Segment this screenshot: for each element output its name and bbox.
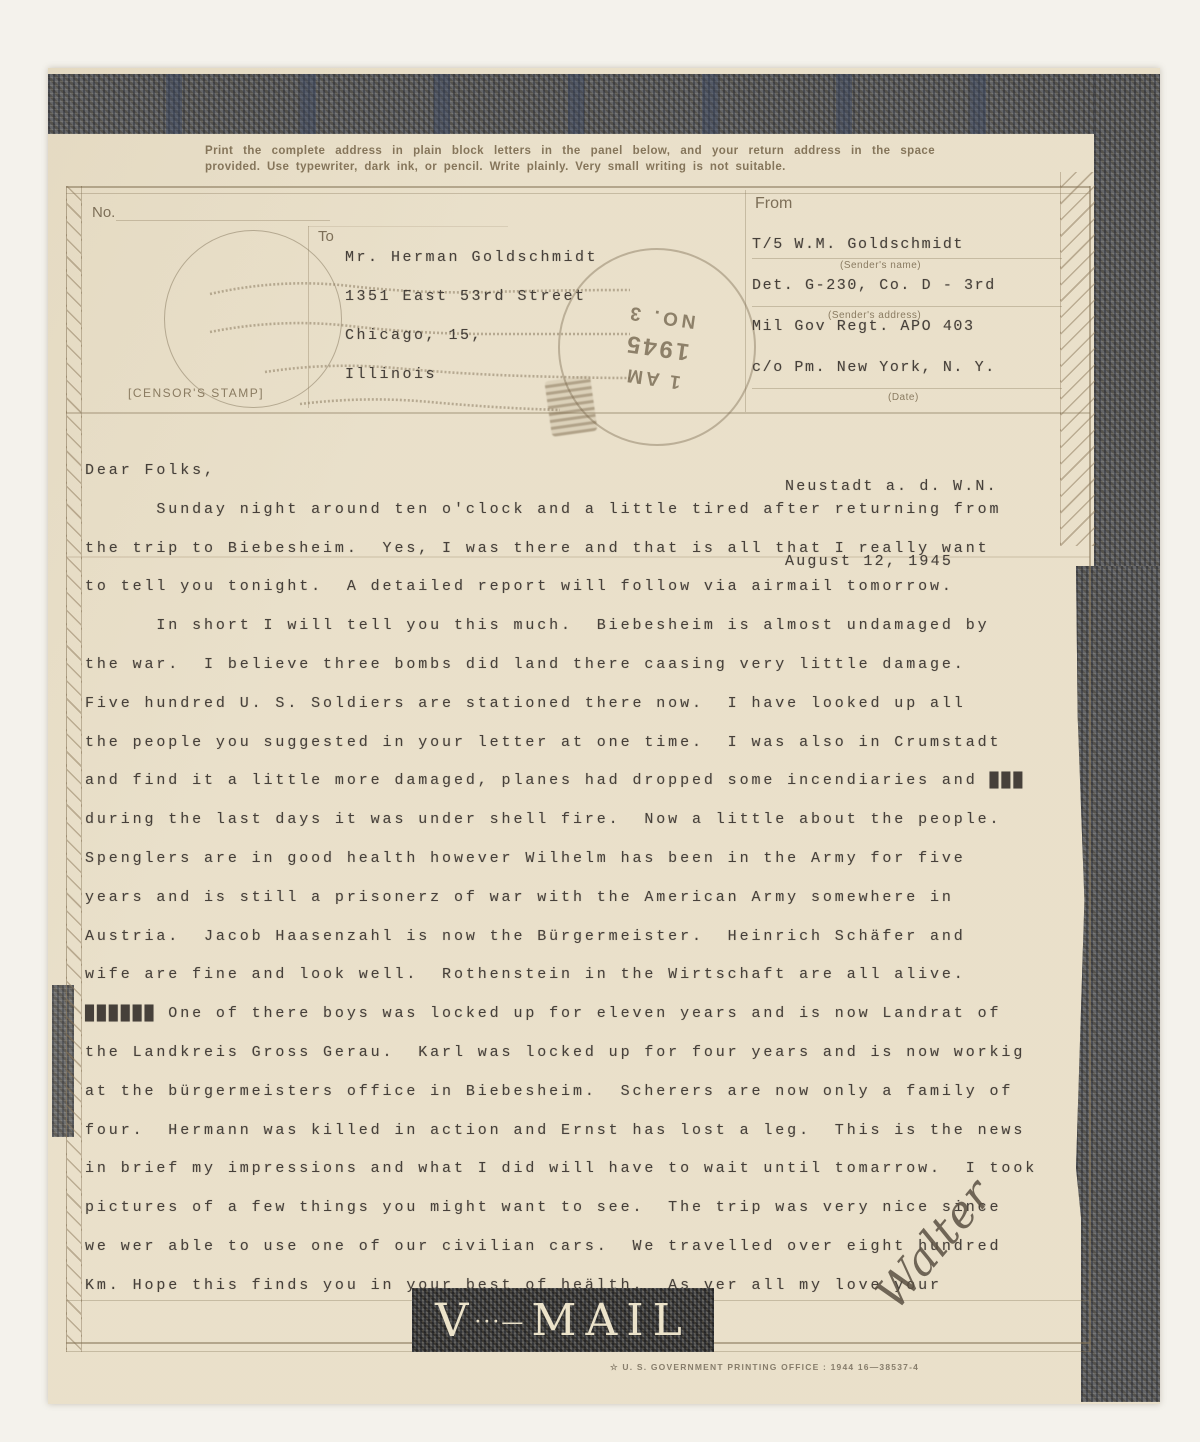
letter-line: Sunday night around ten o'clock and a li…	[85, 491, 1075, 530]
vmail-logo-morse-code: ···—	[474, 1310, 525, 1335]
postmark-text: 1 AM 1945 NO. 3	[617, 301, 698, 394]
letter-line: the Landkreis Gross Gerau. Karl was lock…	[85, 1034, 1075, 1073]
letter-line: at the bürgermeisters office in Biebeshe…	[85, 1073, 1075, 1112]
sender-name-underline	[752, 258, 1062, 259]
letter-line: wife are fine and look well. Rothenstein…	[85, 956, 1075, 995]
date-underline	[752, 388, 1062, 389]
letter-line: the war. I believe three bombs did land …	[85, 646, 1075, 685]
frame-line	[66, 186, 1090, 188]
to-address-block: Mr. Herman Goldschmidt1351 East 53rd Str…	[345, 238, 598, 394]
from-address-line: Det. G-230, Co. D - 3rd	[752, 265, 996, 306]
no-label: No.	[92, 204, 115, 221]
from-label: From	[755, 195, 792, 213]
letter-line: Dear Folks,	[85, 452, 1075, 491]
sender-name-label: (Sender's name)	[840, 260, 921, 271]
letter-line: the people you suggested in your letter …	[85, 724, 1075, 763]
to-address-line: Illinois	[345, 355, 598, 394]
vmail-logo-mail: MAIL	[531, 1295, 690, 1346]
to-panel-line	[308, 226, 508, 227]
left-hatch-border	[66, 186, 82, 1352]
to-label: To	[318, 228, 334, 245]
from-address-line: c/o Pm. New York, N. Y.	[752, 347, 996, 388]
letter-line: years and is still a prisonerz of war wi…	[85, 879, 1075, 918]
frame-line	[66, 193, 1090, 194]
postmark-date: NO. 3	[625, 301, 697, 332]
printing-office-note: ☆ U. S. GOVERNMENT PRINTING OFFICE : 194…	[610, 1362, 1090, 1373]
sender-address-underline	[752, 306, 1062, 307]
postmark-year: 1945	[621, 328, 694, 365]
letter-line: and find it a little more damaged, plane…	[85, 762, 1075, 801]
letter-line: Austria. Jacob Haasenzahl is now the Bür…	[85, 918, 1075, 957]
letter-line: In short I will tell you this much. Bieb…	[85, 607, 1075, 646]
letter-body: Dear Folks, Sunday night around ten o'cl…	[85, 452, 1075, 1306]
letter-line: ██████ One of there boys was locked up f…	[85, 995, 1075, 1034]
date-label: (Date)	[888, 392, 919, 403]
letter-line: four. Hermann was killed in action and E…	[85, 1112, 1075, 1151]
vmail-logo: V ···— MAIL	[412, 1288, 714, 1352]
letter-line: Five hundred U. S. Soldiers are statione…	[85, 685, 1075, 724]
letter-line: to tell you tonight. A detailed report w…	[85, 568, 1075, 607]
letter-line: the trip to Biebesheim. Yes, I was there…	[85, 530, 1075, 569]
sender-address-label: (Sender's address)	[828, 310, 921, 321]
letter-line: Spenglers are in good health however Wil…	[85, 840, 1075, 879]
to-address-line: 1351 East 53rd Street	[345, 277, 598, 316]
film-band-top-streaks	[48, 74, 1160, 134]
to-address-line: Mr. Herman Goldschmidt	[345, 238, 598, 277]
postmark-time: 1 AM	[617, 362, 689, 393]
to-address-line: Chicago, 15,	[345, 316, 598, 355]
frame-line	[1089, 186, 1091, 1352]
letter-line: in brief my impressions and what I did w…	[85, 1150, 1075, 1189]
no-underline	[116, 220, 330, 221]
letter-line: during the last days it was under shell …	[85, 801, 1075, 840]
vmail-logo-v: V	[435, 1293, 470, 1347]
form-instructions: Print the complete address in plain bloc…	[205, 143, 935, 175]
film-band-right-top	[1094, 74, 1160, 566]
